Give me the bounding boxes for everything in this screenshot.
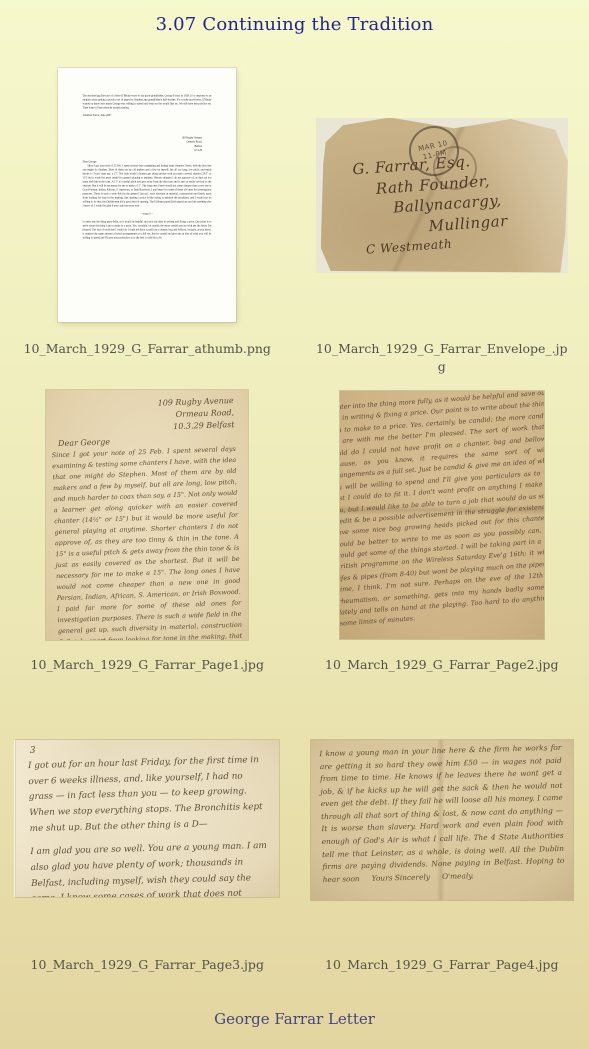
file-caption-envelope: 10_March_1929_G_Farrar_Envelope_.jpg — [316, 340, 568, 376]
typed-body-2: to enter into the thing more fully, as i… — [83, 220, 212, 240]
page4-thumbnail[interactable]: I know a young man in your line here & t… — [311, 740, 573, 900]
gallery-item-page2: to enter into the thing more fully, as i… — [295, 389, 589, 674]
typed-body-1: Since I got your note of 25 Feb. I spent… — [83, 164, 212, 208]
envelope-paper: MAR 10 11-PM G. Farrar, Esq. Rath Founde… — [321, 118, 568, 273]
file-caption-athumb: 10_March_1929_G_Farrar_athumb.png — [24, 340, 271, 358]
page4-handwriting: I know a young man in your line here & t… — [311, 740, 573, 887]
file-caption-page3: 10_March_1929_G_Farrar_Page3.jpg — [31, 956, 264, 974]
page3-paragraph: I got out for an hour last Friday, for t… — [28, 753, 267, 837]
gallery-row-3: 3 I got out for an hour last Friday, for… — [0, 740, 589, 974]
gallery-item-page1: 109 Rugby Avenue Ormeau Road, 10.3.29 Be… — [0, 389, 295, 674]
page-title: 3.07 Continuing the Tradition — [0, 14, 589, 35]
image-area: MAR 10 11-PM G. Farrar, Esq. Rath Founde… — [295, 65, 589, 325]
typed-address-line: 10.3.29 — [83, 148, 202, 152]
envelope-address: G. Farrar, Esq. Rath Founder, Ballynacar… — [352, 144, 568, 258]
page3-thumbnail[interactable]: 3 I got out for an hour last Friday, for… — [16, 740, 279, 897]
page1-handwriting: Since I got your note of 25 Feb. I spent… — [46, 442, 248, 640]
image-area: 109 Rugby Avenue Ormeau Road, 10.3.29 Be… — [0, 389, 295, 641]
file-caption-page1: 10_March_1929_G_Farrar_Page1.jpg — [31, 656, 264, 674]
gallery-item-envelope: MAR 10 11-PM G. Farrar, Esq. Rath Founde… — [295, 65, 589, 376]
envelope-thumbnail[interactable]: MAR 10 11-PM G. Farrar, Esq. Rath Founde… — [316, 118, 568, 273]
typed-intro: The attached jpg files are of a letter O… — [83, 94, 212, 110]
page3-paragraph: I am glad you are so well. You are a you… — [30, 840, 269, 898]
typed-address-block: 109 Rugby Avenue Ormeau Road, Belfast 10… — [83, 136, 212, 153]
page2-handwriting: to enter into the thing more fully, as i… — [340, 391, 544, 630]
image-area: to enter into the thing more fully, as i… — [295, 389, 589, 641]
file-caption-page4: 10_March_1929_G_Farrar_Page4.jpg — [325, 956, 558, 974]
image-area: The attached jpg files are of a letter O… — [0, 65, 295, 325]
gallery-item-page3: 3 I got out for an hour last Friday, for… — [0, 740, 295, 974]
page2-thumbnail[interactable]: to enter into the thing more fully, as i… — [340, 391, 544, 639]
footer-link[interactable]: George Farrar Letter — [214, 1010, 375, 1028]
page1-thumbnail[interactable]: 109 Rugby Avenue Ormeau Road, 10.3.29 Be… — [46, 390, 248, 640]
gallery-item-page4: I know a young man in your line here & t… — [295, 740, 589, 974]
typed-letter-content: The attached jpg files are of a letter O… — [58, 68, 236, 322]
file-caption-page2: 10_March_1929_G_Farrar_Page2.jpg — [325, 656, 558, 674]
page3-handwriting: I got out for an hour last Friday, for t… — [16, 753, 279, 897]
image-area: 3 I got out for an hour last Friday, for… — [0, 740, 295, 952]
gallery-row-2: 109 Rugby Avenue Ormeau Road, 10.3.29 Be… — [0, 389, 589, 674]
gallery-row-1: The attached jpg files are of a letter O… — [0, 65, 589, 376]
typed-page-break: —page 2— — [83, 212, 212, 216]
typed-letter-thumbnail[interactable]: The attached jpg files are of a letter O… — [58, 68, 236, 322]
page-footer: George Farrar Letter — [0, 1009, 589, 1028]
typed-byline: Jonathan Farrar, June 2007 — [83, 113, 212, 117]
image-area: I know a young man in your line here & t… — [295, 740, 589, 952]
gallery-item-athumb: The attached jpg files are of a letter O… — [0, 65, 295, 376]
